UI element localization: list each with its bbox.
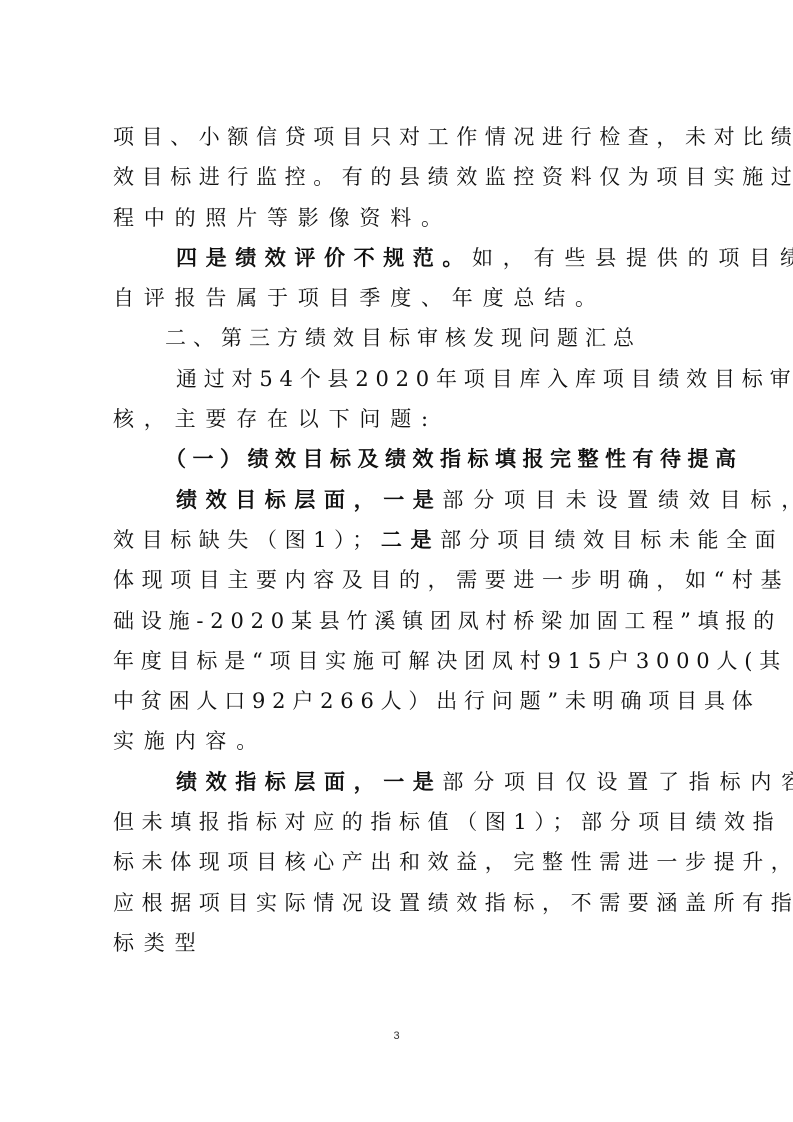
text-line: 标未体现项目核心产出和效益，完整性需进一步提升， xyxy=(113,842,683,882)
text-line: 但未填报指标对应的指标值（图1）；部分项目绩效指 xyxy=(113,802,683,842)
text-run: 如，有些县提供的项目绩效 xyxy=(472,246,793,270)
paragraph-target-level: 绩效目标层面，一是部分项目未设置绩效目标，绩 效目标缺失（图1）；二是部分项目绩… xyxy=(113,480,683,762)
bold-lead: 四是绩效评价不规范。 xyxy=(176,246,472,270)
text-line: 体现项目主要内容及目的，需要进一步明确，如“村基 xyxy=(113,560,683,600)
paragraph-indicator-level: 绩效指标层面，一是部分项目仅设置了指标内容， 但未填报指标对应的指标值（图1）；… xyxy=(113,762,683,963)
text-line: 项目、小额信贷项目只对工作情况进行检查，未对比绩 xyxy=(113,117,683,157)
text-line: 程中的照片等影像资料。 xyxy=(113,198,683,238)
bold-lead: 二是 xyxy=(381,528,440,552)
paragraph-evaluation-irregular: 四是绩效评价不规范。如，有些县提供的项目绩效 自评报告属于项目季度、年度总结。 xyxy=(113,238,683,319)
bold-lead: 绩效目标层面，一是 xyxy=(176,488,442,512)
text-line: 自评报告属于项目季度、年度总结。 xyxy=(113,278,683,318)
subsection-heading-1: （一）绩效目标及绩效指标填报完整性有待提高 xyxy=(113,439,683,479)
text-line: 应根据项目实际情况设置绩效指标，不需要涵盖所有指 xyxy=(113,883,683,923)
text-run: 效目标缺失（图1）； xyxy=(113,528,381,552)
text-line: 础设施-2020某县竹溪镇团凤村桥梁加固工程”填报的 xyxy=(113,601,683,641)
text-run: 部分项目仅设置了指标内容， xyxy=(442,770,793,794)
text-line: 实施内容。 xyxy=(113,721,683,761)
document-page: 项目、小额信贷项目只对工作情况进行检查，未对比绩 效目标进行监控。有的县绩效监控… xyxy=(113,117,683,963)
text-line: 年度目标是“项目实施可解决团凤村915户3000人(其 xyxy=(113,641,683,681)
section-heading-2: 二、第三方绩效目标审核发现问题汇总 xyxy=(113,318,683,358)
page-number: 3 xyxy=(0,1030,793,1042)
text-line: 效目标进行监控。有的县绩效监控资料仅为项目实施过 xyxy=(113,157,683,197)
text-line: 通过对54个县2020年项目库入库项目绩效目标审 xyxy=(113,359,683,399)
text-line: 中贫困人口92户266人）出行问题”未明确项目具体 xyxy=(113,681,683,721)
paragraph-monitoring-continuation: 项目、小额信贷项目只对工作情况进行检查，未对比绩 效目标进行监控。有的县绩效监控… xyxy=(113,117,683,238)
bold-lead: 绩效指标层面，一是 xyxy=(176,770,442,794)
text-line: 标类型 xyxy=(113,923,683,963)
text-run: 部分项目未设置绩效目标，绩 xyxy=(442,488,793,512)
paragraph-audit-intro: 通过对54个县2020年项目库入库项目绩效目标审 核，主要存在以下问题: xyxy=(113,359,683,440)
text-line: 核，主要存在以下问题: xyxy=(113,399,683,439)
text-run: 部分项目绩效目标未能全面 xyxy=(440,528,783,552)
